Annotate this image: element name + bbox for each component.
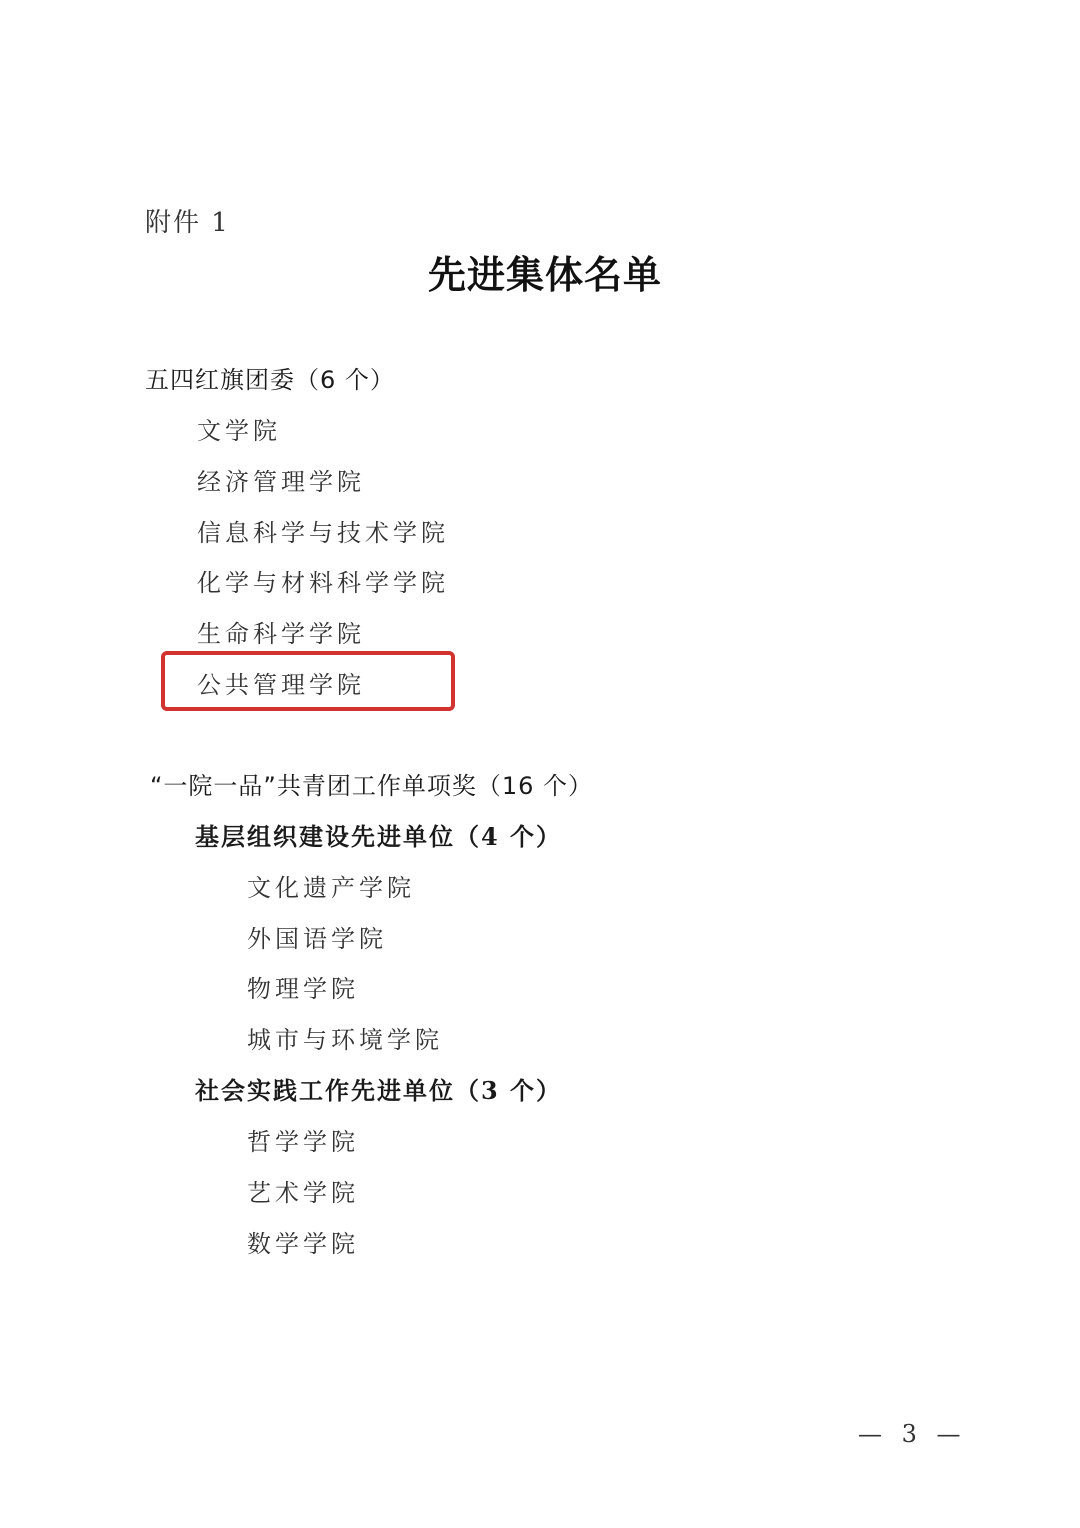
attachment-label: 附件 1 bbox=[145, 202, 230, 239]
list-item: 数学学院 bbox=[247, 1224, 359, 1259]
page-title: 先进集体名单 bbox=[0, 244, 1080, 299]
list-item: 生命科学学院 bbox=[197, 614, 365, 649]
list-item: 哲学学院 bbox=[247, 1122, 359, 1157]
section-heading-may-fourth: 五四红旗团委（6 个） bbox=[145, 360, 395, 395]
list-item: 物理学院 bbox=[247, 969, 359, 1004]
list-item: 外国语学院 bbox=[247, 919, 387, 954]
document-page: 附件 1 先进集体名单 五四红旗团委（6 个） 文学院 经济管理学院 信息科学与… bbox=[0, 0, 1080, 1528]
list-item: 文学院 bbox=[197, 411, 281, 446]
page-number: — 3 — bbox=[858, 1420, 967, 1448]
list-item: 信息科学与技术学院 bbox=[197, 513, 449, 548]
list-item: 经济管理学院 bbox=[197, 462, 365, 497]
section-heading-single-award: “一院一品”共青团工作单项奖（16 个） bbox=[150, 766, 593, 801]
subsection-heading-org-building: 基层组织建设先进单位（4 个） bbox=[195, 817, 562, 852]
list-item: 文化遗产学院 bbox=[247, 868, 415, 903]
list-item: 艺术学院 bbox=[247, 1173, 359, 1208]
list-item: 化学与材料科学学院 bbox=[197, 563, 449, 598]
list-item: 城市与环境学院 bbox=[247, 1020, 443, 1055]
list-item-highlighted: 公共管理学院 bbox=[197, 665, 365, 700]
subsection-heading-social-practice: 社会实践工作先进单位（3 个） bbox=[195, 1071, 562, 1106]
